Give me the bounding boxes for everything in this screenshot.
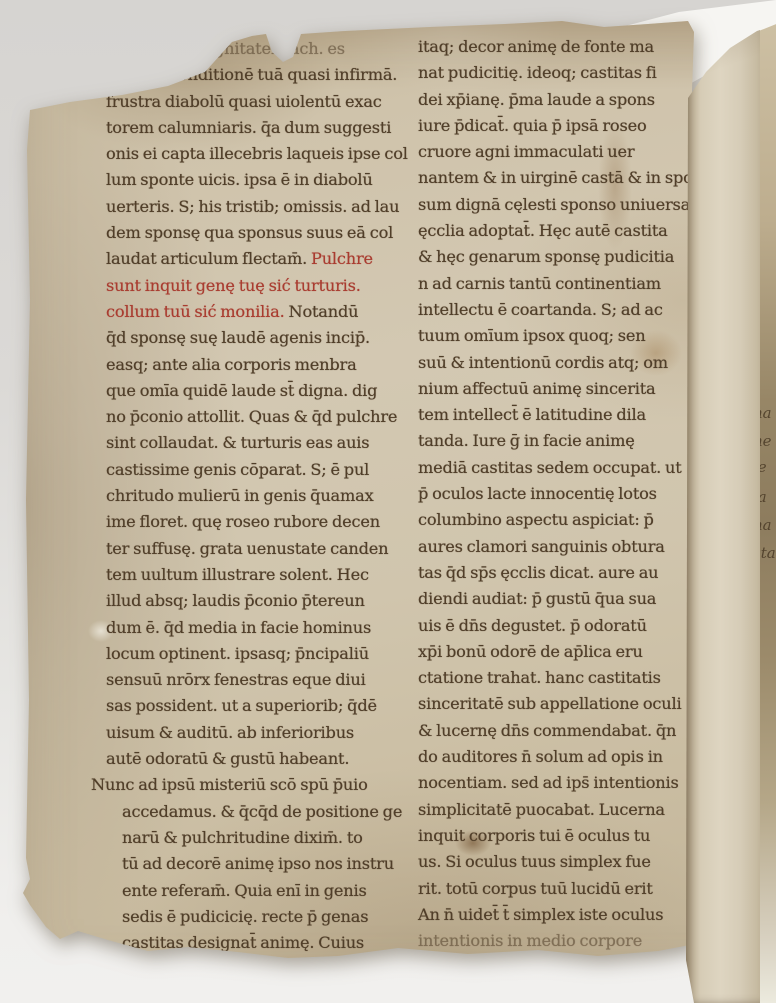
ink-text: suū & intentionū cordis atq; om bbox=[418, 353, 668, 372]
manuscript-line: suū & intentionū cordis atq; om bbox=[418, 350, 700, 376]
manuscript-line: torem calumniaris. q̄a dum suggesti bbox=[106, 115, 406, 141]
ink-text: tuum omīum ipsox quoq; sen bbox=[418, 326, 646, 345]
manuscript-line: ente referam̄. Quia enī in genis bbox=[122, 878, 406, 904]
ink-text: sint collaudat. & turturis eas auis bbox=[106, 433, 369, 452]
manuscript-photo: naneleianasta nonis tue dignitatem ach. … bbox=[0, 0, 776, 1003]
ink-text: sinceritatē sub appellatione oculi bbox=[418, 694, 681, 713]
manuscript-line: collum tuū sić monilia. Notandū bbox=[106, 299, 406, 325]
ink-text: narū & pulchritudine dixim̄. to bbox=[122, 828, 363, 847]
ink-text: iure p̄dicat̄. quia p̄ ipsā roseo bbox=[418, 116, 647, 135]
manuscript-line: ime floret. quę roseo rubore decen bbox=[106, 509, 406, 535]
manuscript-line: p̄ oculos lacte innocentię lotos bbox=[418, 481, 700, 507]
next-leaf-folded-edge bbox=[684, 0, 760, 1003]
manuscript-leaf-wrapper: nonis tue dignitatem ach. esFrustra ḡ co… bbox=[0, 0, 776, 1003]
ink-text: chritudo mulierū in genis q̄uamax bbox=[106, 486, 374, 505]
ink-text: dem sponsę qua sponsus suus eā col bbox=[106, 223, 393, 242]
manuscript-line: ter suffusę. grata uenustate canden bbox=[106, 536, 406, 562]
ink-text: no p̄conio attollit. Quas & q̄d pulchre bbox=[106, 407, 397, 426]
ink-text: torem calumniaris. q̄a dum suggesti bbox=[106, 118, 391, 137]
manuscript-line: ctatione trahat. hanc castitatis bbox=[418, 665, 700, 691]
ink-text: ente referam̄. Quia enī in genis bbox=[122, 881, 367, 900]
ink-text: ctatione trahat. hanc castitatis bbox=[418, 668, 661, 687]
manuscript-line: sensuū nrōrx fenestras eque diui bbox=[106, 667, 406, 693]
parchment-leaf: nonis tue dignitatem ach. esFrustra ḡ co… bbox=[0, 0, 776, 1003]
ink-text: easq; ante alia corporis menbra bbox=[106, 355, 357, 374]
ink-text: sensuū nrōrx fenestras eque diui bbox=[106, 670, 366, 689]
rubric-text: collum tuū sić monilia. bbox=[106, 302, 288, 321]
manuscript-line: dem sponsę qua sponsus suus eā col bbox=[106, 220, 406, 246]
text-column-left: nonis tue dignitatem ach. esFrustra ḡ co… bbox=[106, 36, 406, 956]
manuscript-line: tas q̄d sp̄s ęcclis dicat. aure au bbox=[418, 560, 700, 586]
ink-text: Notandū bbox=[288, 302, 358, 321]
ink-text: simplicitatē puocabat. Lucerna bbox=[418, 800, 665, 819]
manuscript-line: dum ē. q̄d media in facie hominus bbox=[106, 615, 406, 641]
ink-text: dei xp̄ianę. p̄ma laude a spons bbox=[418, 90, 655, 109]
ink-text: nonis tue dignitatem ach. es bbox=[122, 39, 345, 58]
manuscript-line: accedamus. & q̄cq̄d de positione ge bbox=[122, 799, 406, 825]
ink-text: An n̄ uidet̄ t̄ simplex iste oculus bbox=[418, 905, 663, 924]
ink-text: p̄ oculos lacte innocentię lotos bbox=[418, 484, 657, 503]
manuscript-line: castissime genis cōparat. S; ē pul bbox=[106, 457, 406, 483]
manuscript-line: xp̄i bonū odorē de ap̄lica eru bbox=[418, 639, 700, 665]
ink-text: locum optinent. ipsasq; p̄ncipaliū bbox=[106, 644, 369, 663]
manuscript-line: nium affectuū animę sincerita bbox=[418, 376, 700, 402]
manuscript-line: q̄d sponsę suę laudē agenis incip̄. bbox=[106, 325, 406, 351]
ink-text: sas possident. ut a superiorib; q̄dē bbox=[106, 696, 377, 715]
manuscript-line: sint collaudat. & turturis eas auis bbox=[106, 430, 406, 456]
ink-text: castitas designat̄ animę. Cuius bbox=[122, 933, 364, 952]
ink-text: tū ad decorē animę ipso nos instru bbox=[122, 854, 394, 873]
manuscript-line: que omīa quidē laude st̄ digna. dig bbox=[106, 378, 406, 404]
manuscript-line: nonis tue dignitatem ach. es bbox=[122, 36, 406, 62]
ink-text: tem uultum illustrare solent. Hec bbox=[106, 565, 369, 584]
manuscript-line: uisum & auditū. ab inferioribus bbox=[106, 720, 406, 746]
manuscript-line: lum sponte uicis. ipsa ē in diabolū bbox=[106, 167, 406, 193]
manuscript-line: itaq; decor animę de fonte ma bbox=[418, 34, 700, 60]
manuscript-line: cruore agni immaculati uer bbox=[418, 139, 700, 165]
ink-text: uisum & auditū. ab inferioribus bbox=[106, 723, 354, 742]
ink-text: tas q̄d sp̄s ęcclis dicat. aure au bbox=[418, 563, 658, 582]
manuscript-line: & lucernę dn̄s commendabat. q̄n bbox=[418, 718, 700, 744]
manuscript-line: aures clamori sanguinis obtura bbox=[418, 534, 700, 560]
ink-text: ime floret. quę roseo rubore decen bbox=[106, 512, 380, 531]
ink-text: q̄d sponsę suę laudē agenis incip̄. bbox=[106, 328, 370, 347]
ink-text: nocentiam. sed ad ips̄ intentionis bbox=[418, 773, 679, 792]
ink-text: n ad carnis tantū continentiam bbox=[418, 274, 661, 293]
manuscript-line: ęcclia adoptat̄. Hęc autē castita bbox=[418, 218, 700, 244]
ink-text: uerteris. S; his tristib; omissis. ad la… bbox=[106, 197, 399, 216]
ink-text: castissime genis cōparat. S; ē pul bbox=[106, 460, 369, 479]
manuscript-line: intellectu ē coartanda. S; ad ac bbox=[418, 297, 700, 323]
ink-text: mediā castitas sedem occupat. ut bbox=[418, 458, 682, 477]
ink-text: cruore agni immaculati uer bbox=[418, 142, 634, 161]
ink-text: sum dignā cęlesti sponso uniuersa bbox=[418, 195, 690, 214]
manuscript-line: tuum omīum ipsox quoq; sen bbox=[418, 323, 700, 349]
manuscript-line: tanda. Iure ḡ in facie animę bbox=[418, 428, 700, 454]
rubric-text: sunt inquit genę tuę sić turturis. bbox=[106, 276, 361, 295]
ink-text: autē odoratū & gustū habeant. bbox=[106, 749, 349, 768]
manuscript-line: laudat articulum flectam̄. Pulchre bbox=[106, 246, 406, 272]
ink-text: que omīa quidē laude st̄ digna. dig bbox=[106, 381, 377, 400]
ink-text: inquit corporis tui ē oculus tu bbox=[418, 826, 650, 845]
ink-text: sedis ē pudicicię. recte p̄ genas bbox=[122, 907, 368, 926]
manuscript-line: uis ē dn̄s degustet. p̄ odoratū bbox=[418, 613, 700, 639]
ink-text: dum ē. q̄d media in facie hominus bbox=[106, 618, 371, 637]
ink-text: tanda. Iure ḡ in facie animę bbox=[418, 431, 635, 450]
manuscript-line: Nunc ad ipsū misteriū scō spū p̄uio bbox=[91, 772, 406, 798]
ink-text: nantem & in uirginē castā & in spo bbox=[418, 168, 693, 187]
ink-text: do auditores n̄ solum ad opis in bbox=[418, 747, 663, 766]
manuscript-line: nat pudicitię. ideoq; castitas fi bbox=[418, 60, 700, 86]
ink-text: illud absq; laudis p̄conio p̄tereun bbox=[106, 591, 365, 610]
ink-text: nium affectuū animę sincerita bbox=[418, 379, 655, 398]
manuscript-line: intentionis in medio corpore bbox=[418, 928, 700, 954]
manuscript-line: nantem & in uirginē castā & in spo bbox=[418, 165, 700, 191]
manuscript-line: chritudo mulierū in genis q̄uamax bbox=[106, 483, 406, 509]
manuscript-line: autē odoratū & gustū habeant. bbox=[106, 746, 406, 772]
ink-text: lum sponte uicis. ipsa ē in diabolū bbox=[106, 170, 373, 189]
manuscript-line: tū ad decorē animę ipso nos instru bbox=[122, 851, 406, 877]
ink-text: diendi audiat: p̄ gustū q̄ua sua bbox=[418, 589, 656, 608]
ink-text: frustra diabolū quasi uiolentū exac bbox=[106, 92, 382, 111]
manuscript-line: mediā castitas sedem occupat. ut bbox=[418, 455, 700, 481]
manuscript-line: uerteris. S; his tristib; omissis. ad la… bbox=[106, 194, 406, 220]
ink-text: us. Si oculus tuus simplex fue bbox=[418, 852, 651, 871]
manuscript-line: dei xp̄ianę. p̄ma laude a spons bbox=[418, 87, 700, 113]
manuscript-line: us. Si oculus tuus simplex fue bbox=[418, 849, 700, 875]
ink-text: Frustra ḡ conditionē tuā quasi infirmā. bbox=[91, 65, 397, 84]
manuscript-line: frustra diabolū quasi uiolentū exac bbox=[106, 89, 406, 115]
manuscript-line: sedis ē pudicicię. recte p̄ genas bbox=[122, 904, 406, 930]
ink-text: laudat articulum flectam̄. bbox=[106, 249, 311, 268]
manuscript-line: Frustra ḡ conditionē tuā quasi infirmā. bbox=[91, 62, 406, 88]
manuscript-line: tem uultum illustrare solent. Hec bbox=[106, 562, 406, 588]
manuscript-line: An n̄ uidet̄ t̄ simplex iste oculus bbox=[418, 902, 700, 928]
manuscript-line: columbino aspectu aspiciat: p̄ bbox=[418, 507, 700, 533]
manuscript-line: onis ei capta illecebris laqueis ipse co… bbox=[106, 141, 406, 167]
manuscript-line: sum dignā cęlesti sponso uniuersa bbox=[418, 192, 700, 218]
ink-text: intellectu ē coartanda. S; ad ac bbox=[418, 300, 663, 319]
ink-text: xp̄i bonū odorē de ap̄lica eru bbox=[418, 642, 643, 661]
ink-text: columbino aspectu aspiciat: p̄ bbox=[418, 510, 654, 529]
ink-text: intentionis in medio corpore bbox=[418, 931, 642, 950]
manuscript-line: easq; ante alia corporis menbra bbox=[106, 352, 406, 378]
ink-text: & hęc genarum sponsę pudicitia bbox=[418, 247, 674, 266]
ink-text: & lucernę dn̄s commendabat. q̄n bbox=[418, 721, 676, 740]
ink-text: rit. totū corpus tuū lucidū erit bbox=[418, 879, 653, 898]
manuscript-line: iure p̄dicat̄. quia p̄ ipsā roseo bbox=[418, 113, 700, 139]
manuscript-line: castitas designat̄ animę. Cuius bbox=[122, 930, 406, 956]
ink-text: uis ē dn̄s degustet. p̄ odoratū bbox=[418, 616, 647, 635]
text-column-right: itaq; decor animę de fonte manat pudicit… bbox=[418, 34, 700, 954]
ink-text: accedamus. & q̄cq̄d de positione ge bbox=[122, 802, 402, 821]
manuscript-line: tem intellect̄ ē latitudine dila bbox=[418, 402, 700, 428]
manuscript-line: simplicitatē puocabat. Lucerna bbox=[418, 797, 700, 823]
manuscript-line: locum optinent. ipsasq; p̄ncipaliū bbox=[106, 641, 406, 667]
ink-text: itaq; decor animę de fonte ma bbox=[418, 37, 654, 56]
manuscript-line: rit. totū corpus tuū lucidū erit bbox=[418, 876, 700, 902]
manuscript-line: do auditores n̄ solum ad opis in bbox=[418, 744, 700, 770]
manuscript-line: sunt inquit genę tuę sić turturis. bbox=[106, 273, 406, 299]
manuscript-line: narū & pulchritudine dixim̄. to bbox=[122, 825, 406, 851]
manuscript-line: n ad carnis tantū continentiam bbox=[418, 271, 700, 297]
manuscript-line: sas possident. ut a superiorib; q̄dē bbox=[106, 693, 406, 719]
ink-text: onis ei capta illecebris laqueis ipse co… bbox=[106, 144, 408, 163]
rubric-text: Pulchre bbox=[311, 249, 373, 268]
manuscript-line: illud absq; laudis p̄conio p̄tereun bbox=[106, 588, 406, 614]
ink-text: nat pudicitię. ideoq; castitas fi bbox=[418, 63, 657, 82]
manuscript-line: nocentiam. sed ad ips̄ intentionis bbox=[418, 770, 700, 796]
ink-text: aures clamori sanguinis obtura bbox=[418, 537, 665, 556]
manuscript-line: no p̄conio attollit. Quas & q̄d pulchre bbox=[106, 404, 406, 430]
manuscript-line: & hęc genarum sponsę pudicitia bbox=[418, 244, 700, 270]
manuscript-line: diendi audiat: p̄ gustū q̄ua sua bbox=[418, 586, 700, 612]
ink-text: ter suffusę. grata uenustate canden bbox=[106, 539, 388, 558]
ink-text: Nunc ad ipsū misteriū scō spū p̄uio bbox=[91, 775, 368, 794]
manuscript-line: inquit corporis tui ē oculus tu bbox=[418, 823, 700, 849]
ink-text: tem intellect̄ ē latitudine dila bbox=[418, 405, 646, 424]
manuscript-line: sinceritatē sub appellatione oculi bbox=[418, 691, 700, 717]
ink-text: ęcclia adoptat̄. Hęc autē castita bbox=[418, 221, 668, 240]
